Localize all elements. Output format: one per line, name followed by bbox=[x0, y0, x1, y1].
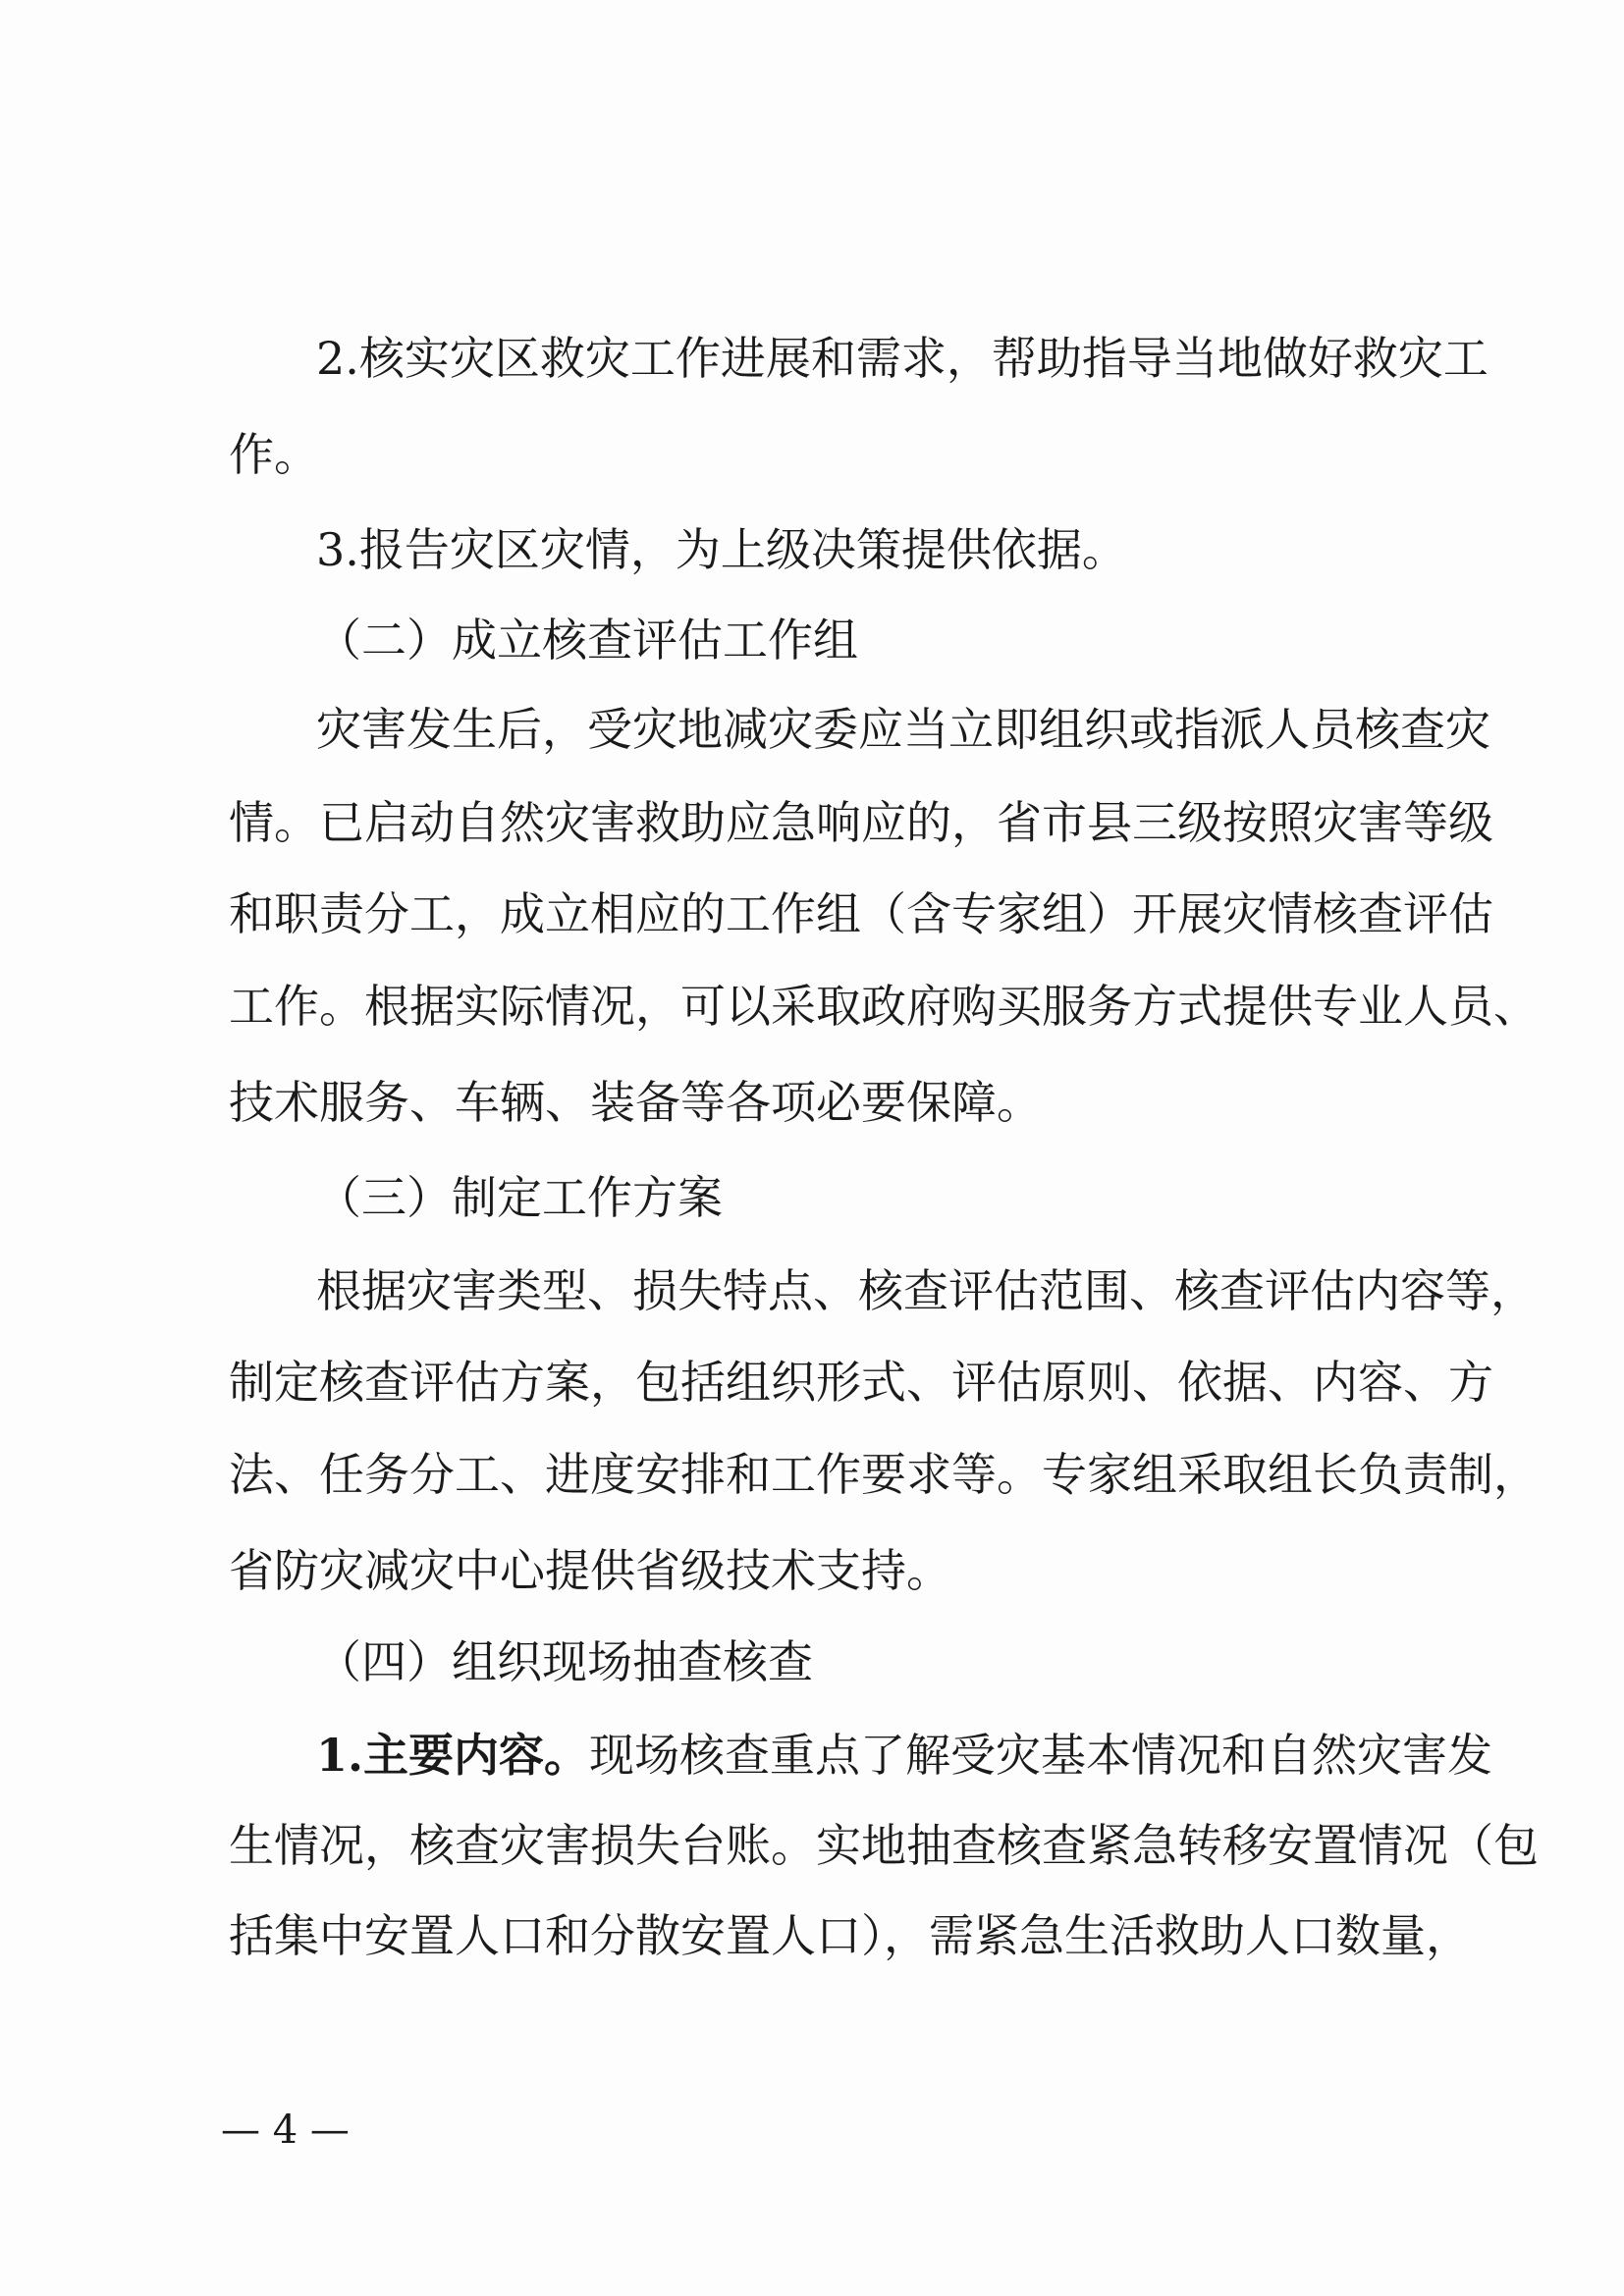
list-item-2-line-1: 2.核实灾区救灾工作进展和需求，帮助指导当地做好救灾工 bbox=[316, 329, 1394, 388]
paragraph-plan-line-4: 省防灾减灾中心提供省级技术支持。 bbox=[229, 1541, 1394, 1600]
paragraph-team-line-2: 情。已启动自然灾害救助应急响应的，省市县三级按照灾害等级 bbox=[229, 793, 1394, 852]
paragraph-content-line-3: 括集中安置人口和分散安置人口），需紧急生活救助人口数量， bbox=[229, 1906, 1394, 1965]
paragraph-content-line-1-text: 现场核查重点了解受灾基本情况和自然灾害发 bbox=[589, 1726, 1492, 1785]
lead-bold-label: 1.主要内容。 bbox=[316, 1726, 589, 1785]
paragraph-team-line-1: 灾害发生后，受灾地减灾委应当立即组织或指派人员核查灾 bbox=[316, 700, 1394, 759]
page-number: — 4 — bbox=[221, 2101, 350, 2160]
list-item-3: 3.报告灾区灾情，为上级决策提供依据。 bbox=[316, 520, 1394, 579]
list-item-2-line-2: 作。 bbox=[229, 425, 1394, 484]
section-heading-2: （二）成立核查评估工作组 bbox=[316, 611, 1394, 669]
paragraph-plan-line-2: 制定核查评估方案，包括组织形式、评估原则、依据、内容、方 bbox=[229, 1353, 1394, 1412]
section-heading-3: （三）制定工作方案 bbox=[316, 1168, 1394, 1227]
paragraph-team-line-4: 工作。根据实际情况，可以采取政府购买服务方式提供专业人员、 bbox=[229, 977, 1394, 1036]
paragraph-team-line-5: 技术服务、车辆、装备等各项必要保障。 bbox=[229, 1073, 1394, 1132]
paragraph-content-line-2: 生情况，核查灾害损失台账。实地抽查核查紧急转移安置情况（包 bbox=[229, 1816, 1394, 1875]
paragraph-plan-line-1: 根据灾害类型、损失特点、核查评估范围、核查评估内容等， bbox=[316, 1261, 1394, 1320]
paragraph-team-line-3: 和职责分工，成立相应的工作组（含专家组）开展灾情核查评估 bbox=[229, 884, 1394, 943]
paragraph-plan-line-3: 法、任务分工、进度安排和工作要求等。专家组采取组长负责制， bbox=[229, 1445, 1394, 1504]
section-heading-4: （四）组织现场抽查核查 bbox=[316, 1632, 1394, 1691]
paragraph-content-line-1: 1.主要内容。 现场核查重点了解受灾基本情况和自然灾害发 bbox=[316, 1726, 1394, 1785]
document-page: 2.核实灾区救灾工作进展和需求，帮助指导当地做好救灾工 作。 3.报告灾区灾情，… bbox=[0, 0, 1624, 2296]
